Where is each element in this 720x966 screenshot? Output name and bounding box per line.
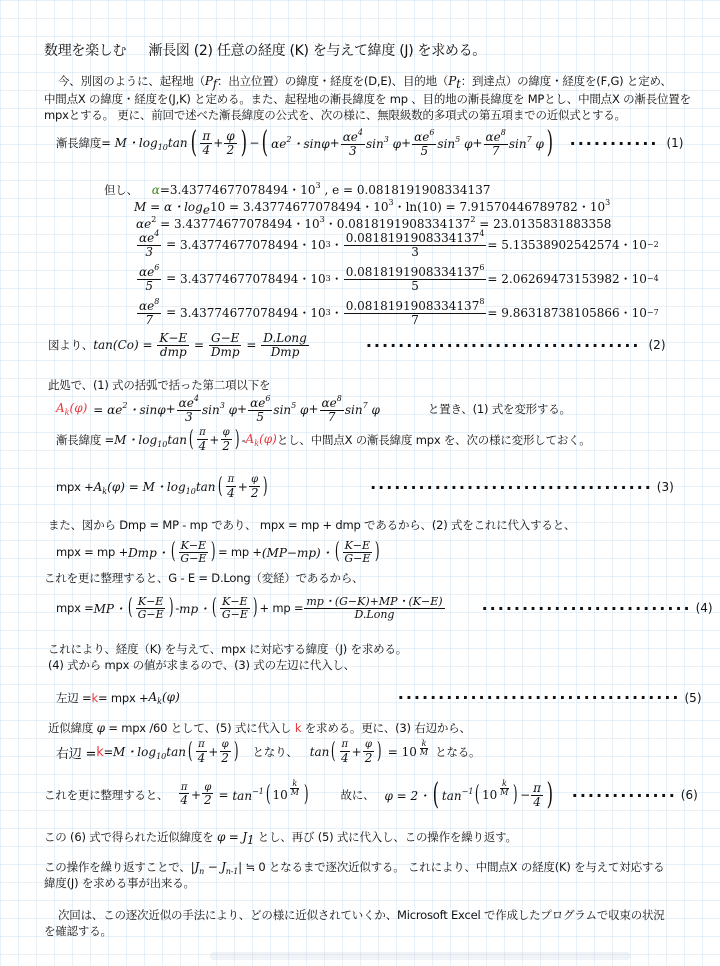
- intro-line-2: 中間点X の緯度・経度を(J,K) と定める。また、起程地の漸長緯度を mp 、…: [44, 91, 691, 107]
- title-topic: 漸長図 (2) 任意の経度 (K) を与えて緯度 (J) を求める。: [149, 43, 487, 59]
- sentence-k: これにより、経度（K) を与えて、mpx に対応する緯度（J) を求める。: [48, 641, 407, 657]
- intro-line-1: 今、別図のように、起程地（Pf：出立位置）の緯度・経度を(D,E)、目的地（Pt…: [58, 73, 672, 91]
- leader-dots: ··································: [366, 336, 641, 355]
- convergence-line-2: 緯度(J) を求める事が出来る。: [44, 875, 195, 891]
- leader-dots: ···································: [398, 688, 681, 707]
- ak-intro: 此処で、(1) 式の括弧で括った第二項以下を: [48, 377, 270, 393]
- right-side-equation: 右辺 = k = M・log10tan ( π4+ φ2 ) となり、 tan …: [56, 740, 480, 764]
- equation-number: (5): [685, 691, 702, 705]
- equation-5: 左辺 = k = mpx + Ak(φ) ···················…: [56, 688, 702, 707]
- next-time-line-2: を確認する。: [44, 923, 112, 939]
- ak-transform: 漸長緯度 = M・log10tan ( π4+ φ2 ) - Ak(φ) とし、…: [56, 428, 591, 452]
- leader-dots: ···········: [570, 134, 659, 153]
- constant-ae8: αe87 = 3.43774677078494・103・ 0.081819190…: [136, 298, 659, 326]
- sentence-dmp: また、図から Dmp = MP - mp であり、 mpx = mp + dmp…: [48, 517, 575, 533]
- approx-latitude-line: 近似緯度 φ = mpx /60 として、(5) 式に代入し k を求める。更に…: [48, 720, 471, 736]
- bleed-through-text: [210, 952, 630, 960]
- intro-line-3: mpxとする。 更に、前回で述べた漸長緯度の公式を、次の様に、無限級数的多項式の…: [44, 107, 626, 123]
- constant-ae4: αe43 = 3.43774677078494・103・ 0.081819190…: [136, 230, 659, 258]
- leader-dots: ··························: [482, 599, 692, 618]
- convergence-line-1: この操作を繰り返すことで、|Jn − Jn-1| ≒ 0 となるまで逐次近似する…: [44, 859, 665, 876]
- equation-substitution: mpx = mp + Dmp・ ( K−EG−E ) = mp + (MP−mp…: [56, 540, 382, 564]
- repeat-line: この (6) 式で得られた近似緯度を φ = J1 とし、再び (5) 式に代入…: [44, 829, 517, 847]
- sentence-dlong: これを更に整理すると、G - E = D.Long（変経）であるから、: [44, 570, 363, 586]
- title-series: 数理を楽しむ: [44, 43, 126, 59]
- leader-dots: ···································: [370, 478, 653, 497]
- equation-number: (1): [666, 136, 683, 150]
- ak-definition: Ak(φ) = αe2・sinφ + αe43 sin3 φ+ αe65 sin…: [56, 395, 571, 423]
- next-time-line-1: 次回は、この逐次近似の手法により、どの様に近似されていくか、Microsoft …: [58, 907, 665, 923]
- equation-number: (6): [681, 788, 698, 802]
- sentence-sub3: (4) 式から mpx の値が求まるので、(3) 式の左辺に代入し、: [48, 657, 355, 673]
- page-title: 数理を楽しむ 漸長図 (2) 任意の経度 (K) を与えて緯度 (J) を求める…: [44, 40, 486, 60]
- equation-2: 図より、 tan(Co) = K−Edmp = G−EDmp = D.LongD…: [48, 332, 666, 358]
- constant-alpha-e: 但し、 α=3.43774677078494・103 , e = 0.08181…: [104, 181, 490, 198]
- equation-number: (2): [649, 338, 666, 352]
- leader-dots: ·············: [572, 786, 677, 805]
- constant-ae6: αe65 = 3.43774677078494・103・ 0.081819190…: [136, 264, 659, 292]
- equation-6: これを更に整理すると、 π4+ φ2 = tan−1 (10 kM ) 故に、 …: [44, 780, 698, 810]
- equation-1: 漸長緯度= M・log10tan ( π4 + φ2 ) − ( αe2・sin…: [56, 128, 683, 158]
- equation-4: mpx = MP・ ( K−EG−E ) - mp・ ( K−EG−E ) + …: [56, 596, 713, 620]
- equation-number: (3): [657, 480, 674, 494]
- equation-number: (4): [696, 601, 713, 615]
- equation-3: mpx + Ak(φ) = M・log10tan ( π4+ φ2 ) ····…: [56, 475, 674, 499]
